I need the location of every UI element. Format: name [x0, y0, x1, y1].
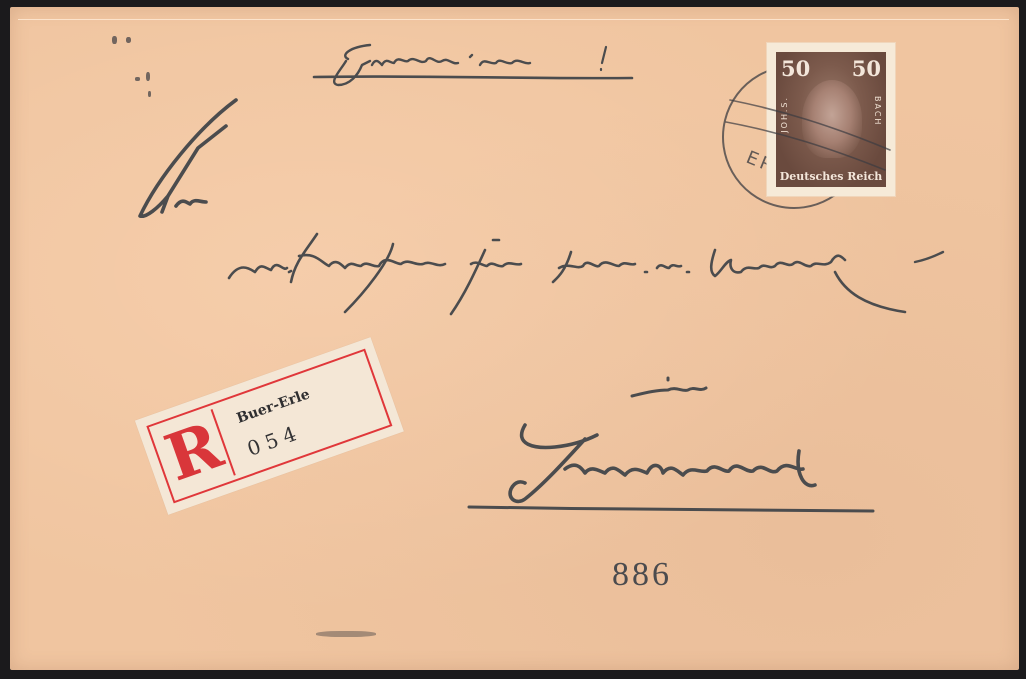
ink-speck: [148, 91, 151, 97]
ink-speck: [135, 77, 140, 81]
handwriting-karlsruhe: [465, 415, 885, 525]
cancellation-lines: [720, 70, 900, 190]
registration-office: Buer-Erle: [235, 386, 312, 427]
registration-number: 054: [244, 419, 305, 460]
handwriting-in: [628, 374, 718, 404]
handwriting-recipient: [225, 232, 995, 322]
ink-smudge: [316, 631, 376, 637]
handwriting-einschreiben: [310, 35, 640, 95]
ink-speck: [126, 37, 131, 43]
receipt-number: 886: [612, 556, 672, 594]
flap-edge: [18, 19, 1009, 20]
registration-r-box: R: [154, 409, 236, 496]
ink-speck: [146, 72, 150, 81]
ink-speck: [112, 36, 117, 44]
handwriting-an: [128, 98, 248, 228]
registration-letter: R: [158, 414, 230, 492]
